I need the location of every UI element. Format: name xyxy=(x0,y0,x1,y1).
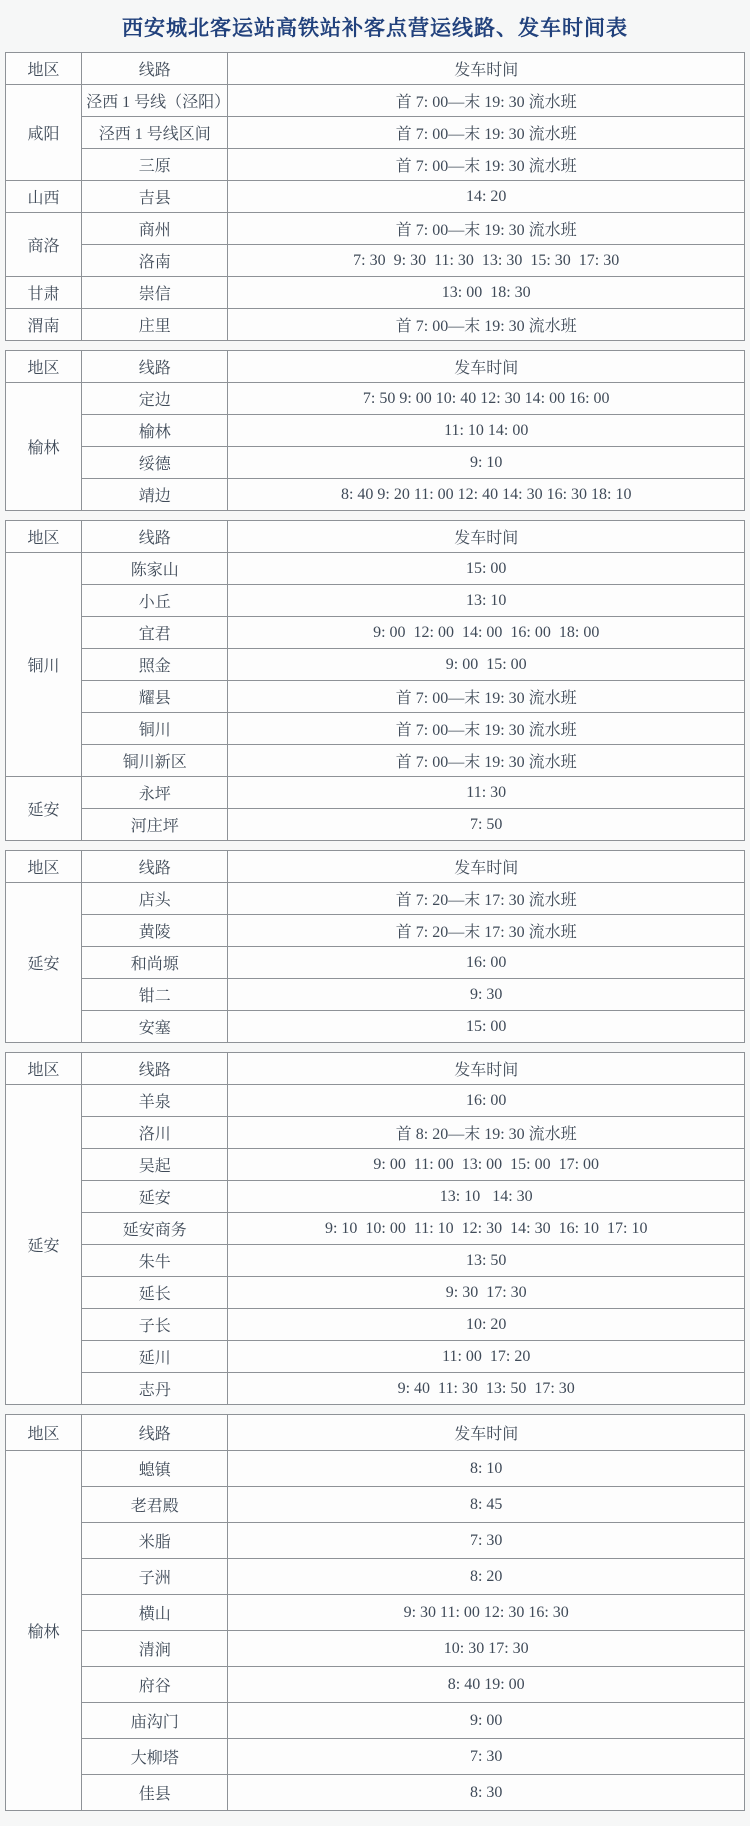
route-cell: 宜君 xyxy=(82,617,228,649)
table-row: 子长10: 20 xyxy=(6,1309,745,1341)
table-row: 延川11: 00 17: 20 xyxy=(6,1341,745,1373)
route-cell: 小丘 xyxy=(82,585,228,617)
route-cell: 庙沟门 xyxy=(82,1703,228,1739)
time-cell: 9: 00 15: 00 xyxy=(228,649,745,681)
table-row: 延安13: 10 14: 30 xyxy=(6,1181,745,1213)
region-cell: 渭南 xyxy=(6,309,82,341)
table-row: 佳县8: 30 xyxy=(6,1775,745,1811)
table-row: 横山9: 30 11: 00 12: 30 16: 30 xyxy=(6,1595,745,1631)
route-cell: 洛川 xyxy=(82,1117,228,1149)
table-row: 延安店头首 7: 20—末 17: 30 流水班 xyxy=(6,883,745,915)
table-row: 泾西 1 号线区间首 7: 00—末 19: 30 流水班 xyxy=(6,117,745,149)
route-cell: 延川 xyxy=(82,1341,228,1373)
table-row: 钳二9: 30 xyxy=(6,979,745,1011)
route-cell: 黄陵 xyxy=(82,915,228,947)
time-cell: 首 7: 00—末 19: 30 流水班 xyxy=(228,149,745,181)
route-cell: 和尚塬 xyxy=(82,947,228,979)
route-cell: 羊泉 xyxy=(82,1085,228,1117)
page-title: 西安城北客运站高铁站补客点营运线路、发车时间表 xyxy=(5,6,745,52)
region-cell: 咸阳 xyxy=(6,85,82,181)
route-column-header: 线路 xyxy=(82,1053,228,1085)
time-cell: 15: 00 xyxy=(228,1011,745,1043)
region-column-header: 地区 xyxy=(6,521,82,553)
time-cell: 13: 00 18: 30 xyxy=(228,277,745,309)
time-cell: 11: 30 xyxy=(228,777,745,809)
table-row: 榆林11: 10 14: 00 xyxy=(6,415,745,447)
header-row: 地区线路发车时间 xyxy=(6,351,745,383)
route-cell: 河庄坪 xyxy=(82,809,228,841)
time-cell: 首 7: 20—末 17: 30 流水班 xyxy=(228,915,745,947)
route-cell: 子洲 xyxy=(82,1559,228,1595)
route-cell: 府谷 xyxy=(82,1667,228,1703)
time-cell: 9: 30 17: 30 xyxy=(228,1277,745,1309)
table-row: 洛川首 8: 20—末 19: 30 流水班 xyxy=(6,1117,745,1149)
table-row: 宜君9: 00 12: 00 14: 00 16: 00 18: 00 xyxy=(6,617,745,649)
route-cell: 吉县 xyxy=(82,181,228,213)
region-cell: 延安 xyxy=(6,777,82,841)
time-cell: 13: 10 14: 30 xyxy=(228,1181,745,1213)
route-cell: 榆林 xyxy=(82,415,228,447)
route-cell: 庄里 xyxy=(82,309,228,341)
region-column-header: 地区 xyxy=(6,1053,82,1085)
time-cell: 首 7: 00—末 19: 30 流水班 xyxy=(228,117,745,149)
region-column-header: 地区 xyxy=(6,351,82,383)
route-cell: 钳二 xyxy=(82,979,228,1011)
route-cell: 老君殿 xyxy=(82,1487,228,1523)
route-cell: 耀县 xyxy=(82,681,228,713)
table-row: 安塞15: 00 xyxy=(6,1011,745,1043)
route-column-header: 线路 xyxy=(82,851,228,883)
table-row: 渭南庄里首 7: 00—末 19: 30 流水班 xyxy=(6,309,745,341)
table-row: 河庄坪7: 50 xyxy=(6,809,745,841)
route-cell: 吴起 xyxy=(82,1149,228,1181)
region-cell: 榆林 xyxy=(6,383,82,511)
time-cell: 15: 00 xyxy=(228,553,745,585)
time-cell: 7: 30 xyxy=(228,1523,745,1559)
table-row: 米脂7: 30 xyxy=(6,1523,745,1559)
time-cell: 7: 50 xyxy=(228,809,745,841)
route-cell: 绥德 xyxy=(82,447,228,479)
region-cell: 商洛 xyxy=(6,213,82,277)
time-cell: 13: 50 xyxy=(228,1245,745,1277)
time-column-header: 发车时间 xyxy=(228,851,745,883)
time-cell: 首 7: 00—末 19: 30 流水班 xyxy=(228,309,745,341)
region-column-header: 地区 xyxy=(6,53,82,85)
route-cell: 照金 xyxy=(82,649,228,681)
time-cell: 首 7: 20—末 17: 30 流水班 xyxy=(228,883,745,915)
time-cell: 8: 40 9: 20 11: 00 12: 40 14: 30 16: 30 … xyxy=(228,479,745,511)
time-cell: 11: 10 14: 00 xyxy=(228,415,745,447)
route-cell: 佳县 xyxy=(82,1775,228,1811)
time-cell: 10: 20 xyxy=(228,1309,745,1341)
time-cell: 首 7: 00—末 19: 30 流水班 xyxy=(228,85,745,117)
route-column-header: 线路 xyxy=(82,521,228,553)
time-cell: 9: 30 11: 00 12: 30 16: 30 xyxy=(228,1595,745,1631)
table-row: 老君殿8: 45 xyxy=(6,1487,745,1523)
table-row: 耀县首 7: 00—末 19: 30 流水班 xyxy=(6,681,745,713)
table-row: 三原首 7: 00—末 19: 30 流水班 xyxy=(6,149,745,181)
time-cell: 8: 10 xyxy=(228,1451,745,1487)
route-cell: 永坪 xyxy=(82,777,228,809)
route-cell: 洛南 xyxy=(82,245,228,277)
time-cell: 10: 30 17: 30 xyxy=(228,1631,745,1667)
table-row: 铜川新区首 7: 00—末 19: 30 流水班 xyxy=(6,745,745,777)
table-row: 黄陵首 7: 20—末 17: 30 流水班 xyxy=(6,915,745,947)
region-column-header: 地区 xyxy=(6,1415,82,1451)
table-row: 延安商务9: 10 10: 00 11: 10 12: 30 14: 30 16… xyxy=(6,1213,745,1245)
region-cell: 山西 xyxy=(6,181,82,213)
time-cell: 9: 10 10: 00 11: 10 12: 30 14: 30 16: 10… xyxy=(228,1213,745,1245)
table-row: 子洲8: 20 xyxy=(6,1559,745,1595)
timetable-block: 地区线路发车时间咸阳泾西 1 号线（泾阳）首 7: 00—末 19: 30 流水… xyxy=(5,52,745,341)
table-row: 绥德9: 10 xyxy=(6,447,745,479)
header-row: 地区线路发车时间 xyxy=(6,1053,745,1085)
time-cell: 首 7: 00—末 19: 30 流水班 xyxy=(228,213,745,245)
time-cell: 9: 10 xyxy=(228,447,745,479)
table-row: 铜川首 7: 00—末 19: 30 流水班 xyxy=(6,713,745,745)
route-cell: 清涧 xyxy=(82,1631,228,1667)
route-cell: 泾西 1 号线区间 xyxy=(82,117,228,149)
route-column-header: 线路 xyxy=(82,1415,228,1451)
table-row: 洛南7: 30 9: 30 11: 30 13: 30 15: 30 17: 3… xyxy=(6,245,745,277)
table-row: 志丹9: 40 11: 30 13: 50 17: 30 xyxy=(6,1373,745,1405)
time-cell: 8: 45 xyxy=(228,1487,745,1523)
route-cell: 崇信 xyxy=(82,277,228,309)
time-cell: 9: 00 xyxy=(228,1703,745,1739)
table-row: 咸阳泾西 1 号线（泾阳）首 7: 00—末 19: 30 流水班 xyxy=(6,85,745,117)
time-cell: 7: 30 xyxy=(228,1739,745,1775)
header-row: 地区线路发车时间 xyxy=(6,53,745,85)
table-row: 庙沟门9: 00 xyxy=(6,1703,745,1739)
region-cell: 延安 xyxy=(6,1085,82,1405)
route-cell: 大柳塔 xyxy=(82,1739,228,1775)
table-row: 商洛商州首 7: 00—末 19: 30 流水班 xyxy=(6,213,745,245)
table-row: 府谷8: 40 19: 00 xyxy=(6,1667,745,1703)
timetable-block: 地区线路发车时间榆林螅镇8: 10老君殿8: 45米脂7: 30子洲8: 20横… xyxy=(5,1414,745,1811)
time-column-header: 发车时间 xyxy=(228,1415,745,1451)
region-cell: 铜川 xyxy=(6,553,82,777)
table-row: 小丘13: 10 xyxy=(6,585,745,617)
region-cell: 榆林 xyxy=(6,1451,82,1811)
table-row: 山西吉县14: 20 xyxy=(6,181,745,213)
timetable-block: 地区线路发车时间榆林定边7: 50 9: 00 10: 40 12: 30 14… xyxy=(5,350,745,511)
region-column-header: 地区 xyxy=(6,851,82,883)
time-cell: 8: 20 xyxy=(228,1559,745,1595)
route-cell: 朱牛 xyxy=(82,1245,228,1277)
timetable-block: 地区线路发车时间铜川陈家山15: 00小丘13: 10宜君9: 00 12: 0… xyxy=(5,520,745,841)
table-row: 甘肃崇信13: 00 18: 30 xyxy=(6,277,745,309)
time-cell: 9: 00 12: 00 14: 00 16: 00 18: 00 xyxy=(228,617,745,649)
table-row: 榆林定边7: 50 9: 00 10: 40 12: 30 14: 00 16:… xyxy=(6,383,745,415)
route-cell: 三原 xyxy=(82,149,228,181)
route-cell: 米脂 xyxy=(82,1523,228,1559)
table-row: 和尚塬16: 00 xyxy=(6,947,745,979)
route-cell: 子长 xyxy=(82,1309,228,1341)
time-cell: 8: 40 19: 00 xyxy=(228,1667,745,1703)
route-cell: 横山 xyxy=(82,1595,228,1631)
route-cell: 志丹 xyxy=(82,1373,228,1405)
timetable-page: 西安城北客运站高铁站补客点营运线路、发车时间表 地区线路发车时间咸阳泾西 1 号… xyxy=(0,0,750,1817)
header-row: 地区线路发车时间 xyxy=(6,521,745,553)
route-cell: 螅镇 xyxy=(82,1451,228,1487)
time-cell: 13: 10 xyxy=(228,585,745,617)
route-cell: 定边 xyxy=(82,383,228,415)
time-cell: 首 7: 00—末 19: 30 流水班 xyxy=(228,713,745,745)
table-row: 延安永坪11: 30 xyxy=(6,777,745,809)
time-cell: 首 7: 00—末 19: 30 流水班 xyxy=(228,681,745,713)
timetable-blocks: 地区线路发车时间咸阳泾西 1 号线（泾阳）首 7: 00—末 19: 30 流水… xyxy=(5,52,745,1811)
time-cell: 9: 40 11: 30 13: 50 17: 30 xyxy=(228,1373,745,1405)
header-row: 地区线路发车时间 xyxy=(6,1415,745,1451)
region-cell: 延安 xyxy=(6,883,82,1043)
time-cell: 16: 00 xyxy=(228,947,745,979)
header-row: 地区线路发车时间 xyxy=(6,851,745,883)
time-cell: 9: 30 xyxy=(228,979,745,1011)
time-cell: 7: 50 9: 00 10: 40 12: 30 14: 00 16: 00 xyxy=(228,383,745,415)
route-cell: 延安 xyxy=(82,1181,228,1213)
time-column-header: 发车时间 xyxy=(228,53,745,85)
time-cell: 7: 30 9: 30 11: 30 13: 30 15: 30 17: 30 xyxy=(228,245,745,277)
time-cell: 8: 30 xyxy=(228,1775,745,1811)
route-cell: 延长 xyxy=(82,1277,228,1309)
route-cell: 安塞 xyxy=(82,1011,228,1043)
table-row: 朱牛13: 50 xyxy=(6,1245,745,1277)
table-row: 延长9: 30 17: 30 xyxy=(6,1277,745,1309)
time-column-header: 发车时间 xyxy=(228,1053,745,1085)
route-cell: 延安商务 xyxy=(82,1213,228,1245)
table-row: 靖边8: 40 9: 20 11: 00 12: 40 14: 30 16: 3… xyxy=(6,479,745,511)
time-cell: 14: 20 xyxy=(228,181,745,213)
table-row: 延安羊泉16: 00 xyxy=(6,1085,745,1117)
route-cell: 泾西 1 号线（泾阳） xyxy=(82,85,228,117)
time-column-header: 发车时间 xyxy=(228,351,745,383)
route-cell: 靖边 xyxy=(82,479,228,511)
table-row: 吴起9: 00 11: 00 13: 00 15: 00 17: 00 xyxy=(6,1149,745,1181)
timetable-block: 地区线路发车时间延安店头首 7: 20—末 17: 30 流水班黄陵首 7: 2… xyxy=(5,850,745,1043)
timetable-block: 地区线路发车时间延安羊泉16: 00洛川首 8: 20—末 19: 30 流水班… xyxy=(5,1052,745,1405)
route-cell: 陈家山 xyxy=(82,553,228,585)
table-row: 铜川陈家山15: 00 xyxy=(6,553,745,585)
route-column-header: 线路 xyxy=(82,53,228,85)
time-cell: 首 8: 20—末 19: 30 流水班 xyxy=(228,1117,745,1149)
table-row: 大柳塔7: 30 xyxy=(6,1739,745,1775)
route-column-header: 线路 xyxy=(82,351,228,383)
route-cell: 铜川 xyxy=(82,713,228,745)
time-cell: 11: 00 17: 20 xyxy=(228,1341,745,1373)
region-cell: 甘肃 xyxy=(6,277,82,309)
table-row: 清涧10: 30 17: 30 xyxy=(6,1631,745,1667)
table-row: 榆林螅镇8: 10 xyxy=(6,1451,745,1487)
table-row: 照金9: 00 15: 00 xyxy=(6,649,745,681)
time-cell: 16: 00 xyxy=(228,1085,745,1117)
time-column-header: 发车时间 xyxy=(228,521,745,553)
route-cell: 店头 xyxy=(82,883,228,915)
time-cell: 9: 00 11: 00 13: 00 15: 00 17: 00 xyxy=(228,1149,745,1181)
route-cell: 铜川新区 xyxy=(82,745,228,777)
time-cell: 首 7: 00—末 19: 30 流水班 xyxy=(228,745,745,777)
route-cell: 商州 xyxy=(82,213,228,245)
